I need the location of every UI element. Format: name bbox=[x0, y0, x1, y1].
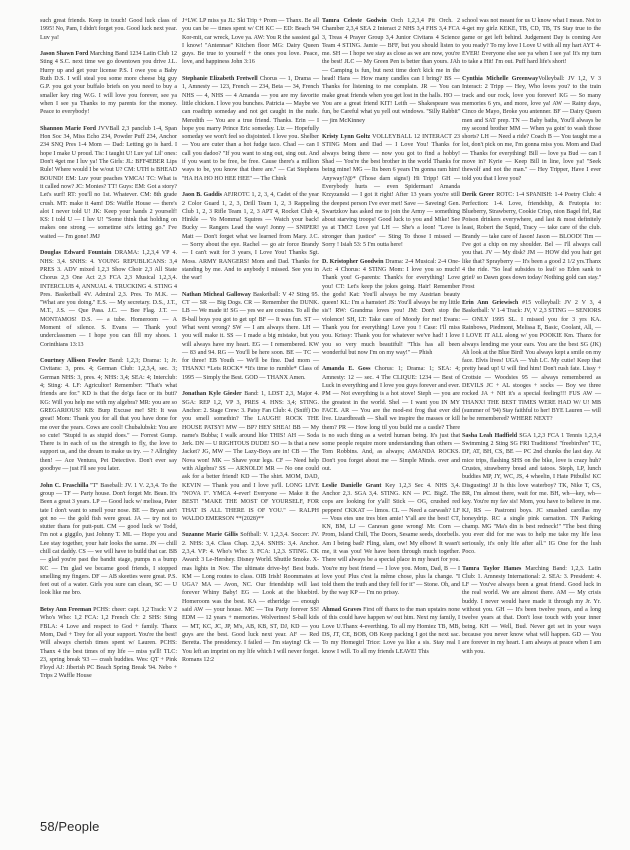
senior-name: Tamra Celeste Godwin bbox=[322, 18, 387, 24]
senior-message: First off thanx to the man upstairs none… bbox=[322, 607, 460, 654]
column-1: such great friends. Keep in touch! Good … bbox=[40, 17, 177, 689]
entry-continuation: J+LW. LP miss ya JL: Ski Trip + Prom — T… bbox=[182, 17, 319, 67]
senior-entry: Nathan Micheal Galloway Basketball: V 4?… bbox=[182, 291, 319, 382]
senior-entry: Leslie Danielle Grant Key 1,2,3 Sec 4. N… bbox=[322, 482, 460, 598]
senior-name: Betsy Ann Freeman bbox=[40, 607, 91, 613]
senior-message: such great friends. Keep in touch! Good … bbox=[40, 18, 177, 41]
senior-entry: Kristy Lynn Goltz VOLLEYBALL 12 INTERACT… bbox=[322, 133, 460, 249]
senior-name: John C. Fraschilla bbox=[40, 483, 88, 489]
senior-name: D. Kristopher Goodwin bbox=[322, 259, 383, 265]
senior-name: Jonathan Kyle Giesler bbox=[182, 391, 242, 397]
senior-name: Stephanie Elizabeth Fretwell bbox=[182, 76, 258, 82]
senior-entry: Stephanie Elizabeth Fretwell Chorus — 1,… bbox=[182, 75, 319, 183]
page-folio: 58/People bbox=[40, 819, 99, 834]
senior-name: Tamra Taylor Hames bbox=[462, 566, 521, 572]
senior-message: Basketball: V 4? Sting 95. CT — SR — Big… bbox=[182, 292, 319, 381]
senior-message: Band: 1, LDST 2,3, Major 4. SGA: REP 1,2… bbox=[182, 391, 319, 521]
senior-message: SGA 1,2,3 FCA 1 Tennis 1,2,3,4 Swimming … bbox=[462, 433, 601, 555]
senior-entry: Jason Shawn Ford Marching Band 1234 Lati… bbox=[40, 50, 177, 116]
senior-entry: Shannon Marie Ford JVVBall 2,3 panclub 1… bbox=[40, 125, 177, 241]
senior-entry: Sasha Leah Hadfield SGA 1,2,3 FCA 1 Tenn… bbox=[462, 432, 601, 556]
senior-entry: John C. Fraschilla ''T'' Baseball: JV. 1… bbox=[40, 482, 177, 598]
senior-message: DRAMA: 1,2,3,4 VP 4. NHS: 3,4. SNHS: 4. … bbox=[40, 250, 177, 347]
senior-entry: Jonathan Kyle Giesler Band: 1, LDST 2,3,… bbox=[182, 390, 319, 523]
senior-name: Erin Ann Griewisch bbox=[462, 300, 518, 306]
senior-message: ROTC: 1-4 SPANISH: 1-4 Poetry Club: 4 Pe… bbox=[462, 192, 601, 289]
senior-entry: Betsy Ann Freeman PCHS: cheer: capt. 1,2… bbox=[40, 606, 177, 681]
senior-message: Orch 1,2,3,4 Pit Orch. 2 Chamber 2,3,4 S… bbox=[322, 18, 460, 124]
senior-message: #15 volleyball: JV 2 V 3, 4 Basketball: … bbox=[462, 300, 601, 422]
column-2: J+LW. LP miss ya JL: Ski Trip + Prom — T… bbox=[182, 17, 319, 672]
senior-message: Drama: 2-4 Musical: 2-4 One-Act: 4 Choru… bbox=[322, 259, 460, 356]
senior-message: Chorus — 1, Drama — 1, Amnesty — 123, Fr… bbox=[182, 76, 319, 182]
senior-name: Kristy Lynn Goltz bbox=[322, 134, 370, 140]
senior-name: Courtney Allison Fowler bbox=[40, 358, 106, 364]
senior-name: Suzanne Marie Gillis bbox=[182, 532, 238, 538]
senior-name: Shannon Marie Ford bbox=[40, 126, 96, 132]
senior-entry: Amanda E. Goss Chorus: 1; Drama: 1; SEA:… bbox=[322, 365, 460, 473]
senior-name: Douglas Edward Fountain bbox=[40, 250, 112, 256]
senior-entry: Erin Ann Griewisch #15 volleyball: JV 2 … bbox=[462, 299, 601, 423]
senior-name: Sasha Leah Hadfield bbox=[462, 433, 517, 439]
senior-name: Jaon B. Gaddis bbox=[182, 192, 222, 198]
column-4: school was not meant for us U know what … bbox=[462, 17, 601, 664]
senior-message: ''T'' Baseball: JV. 1 V. 2,3,4. To the g… bbox=[40, 483, 177, 597]
senior-entry: Suzanne Marie Gillis Softball: V. 1,2,3,… bbox=[182, 531, 319, 664]
senior-message: Marching Band: 1,2,3. Latin Club: 1. Amn… bbox=[462, 566, 601, 655]
senior-message: Marching Band 1234 Latin Club 12 Sting 4… bbox=[40, 51, 177, 115]
senior-name: Derik Greer bbox=[462, 192, 494, 198]
senior-entry: Tamra Celeste Godwin Orch 1,2,3,4 Pit Or… bbox=[322, 17, 460, 125]
senior-message: PCHS: cheer: capt. 1,2 Track: V 2 Who's … bbox=[40, 607, 177, 679]
senior-message: JVVBall 2,3 panclub 1-4, Span Hon Soc 34… bbox=[40, 126, 177, 240]
senior-message: VOLLEYBALL 12 INTERACT 23 STING Mom and … bbox=[322, 134, 460, 248]
column-3: Tamra Celeste Godwin Orch 1,2,3,4 Pit Or… bbox=[322, 17, 460, 664]
senior-entry: D. Kristopher Goodwin Drama: 2-4 Musical… bbox=[322, 258, 460, 358]
senior-name: Cynthia Michelle Greenway bbox=[462, 76, 538, 82]
senior-entry: Cynthia Michelle GreenwayVolleyball: JV … bbox=[462, 75, 601, 183]
senior-message: Band: 1,2,3; Drama: 1; Jr. Civitans: 3, … bbox=[40, 358, 177, 472]
entry-continuation: such great friends. Keep in touch! Good … bbox=[40, 17, 177, 42]
senior-entry: Ahmad Graves First off thanx to the man … bbox=[322, 606, 460, 656]
senior-name: Leslie Danielle Grant bbox=[322, 483, 381, 489]
senior-message: Softball: V. 1,2,3,4. Soccer: JV. 2. NHS… bbox=[182, 532, 319, 662]
senior-entry: Tamra Taylor Hames Marching Band: 1,2,3.… bbox=[462, 565, 601, 656]
senior-message: Key 1,2,3 Sec 4. NHS 3,4. Anchor 2,3. SG… bbox=[322, 483, 460, 597]
senior-message: J+LW. LP miss ya JL: Ski Trip + Prom — T… bbox=[182, 18, 319, 65]
senior-name: Jason Shawn Ford bbox=[40, 51, 88, 57]
senior-message: AFJROTC 1, 2, 3, 4, Cadet of the year 2 … bbox=[182, 192, 319, 281]
senior-name: Nathan Micheal Galloway bbox=[182, 292, 251, 298]
senior-entry: Courtney Allison Fowler Band: 1,2,3; Dra… bbox=[40, 357, 177, 473]
senior-message: Chorus: 1; Drama: 1; SEA: 4; Amnesty: 12… bbox=[322, 366, 460, 472]
senior-entry: Douglas Edward Fountain DRAMA: 1,2,3,4 V… bbox=[40, 249, 177, 349]
senior-name: Ahmad Graves bbox=[322, 607, 361, 613]
senior-entry: Derik Greer ROTC: 1-4 SPANISH: 1-4 Poetr… bbox=[462, 191, 601, 291]
senior-message: school was not meant for us U know what … bbox=[462, 18, 601, 65]
senior-message: Volleyball: JV 1,2, V 3 Interact: 2 Trip… bbox=[462, 76, 601, 182]
entry-continuation: school was not meant for us U know what … bbox=[462, 17, 601, 67]
senior-entry: Jaon B. Gaddis AFJROTC 1, 2, 3, 4, Cadet… bbox=[182, 191, 319, 282]
senior-name: Amanda E. Goss bbox=[322, 366, 371, 372]
